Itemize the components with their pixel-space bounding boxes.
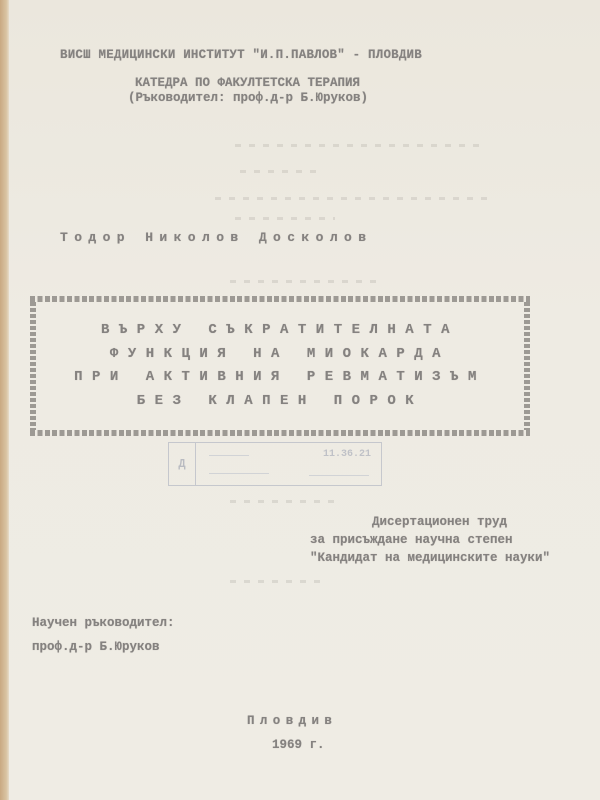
stamp-letter: Д — [169, 443, 196, 485]
frame-border-top — [30, 296, 530, 302]
bleed-through-line — [235, 217, 335, 220]
publication-year: 1969 г. — [272, 738, 325, 752]
title-frame: ВЪРХУ СЪКРАТИТЕЛНАТА ФУНКЦИЯ НА МИОКАРДА… — [30, 296, 530, 436]
bleed-through-line — [230, 280, 380, 283]
stamp-number: 11.36.21 — [323, 449, 371, 460]
supervisor-label: Научен ръководител: — [32, 616, 175, 630]
title-line-2: ФУНКЦИЯ НА МИОКАРДА — [30, 346, 530, 362]
stamp-line — [209, 455, 249, 456]
title-line-4: БЕЗ КЛАПЕН ПОРОК — [30, 393, 530, 409]
place-name: Пловдив — [247, 714, 337, 728]
dissertation-line-3: "Кандидат на медицинските науки" — [310, 551, 550, 565]
title-line-1: ВЪРХУ СЪКРАТИТЕЛНАТА — [30, 322, 530, 338]
stamp-line — [209, 473, 269, 474]
page-edge-strip — [0, 0, 9, 800]
bleed-through-line — [230, 500, 340, 503]
bleed-through-line — [235, 144, 485, 147]
document-page: ВИСШ МЕДИЦИНСКИ ИНСТИТУТ "И.П.ПАВЛОВ" - … — [0, 0, 600, 800]
stamp-line — [309, 475, 369, 476]
bleed-through-line — [215, 197, 495, 200]
frame-border-bottom — [30, 430, 530, 436]
dissertation-line-2: за присъждане научна степен — [310, 533, 513, 547]
supervisor-name: проф.д-р Б.Юруков — [32, 640, 160, 654]
author-name: Тодор Николов Досколов — [60, 230, 372, 245]
title-line-3: ПРИ АКТИВНИЯ РЕВМАТИЗЪМ — [30, 369, 530, 385]
bleed-through-line — [240, 170, 320, 173]
library-stamp: Д 11.36.21 — [168, 442, 382, 486]
department-name: КАТЕДРА ПО ФАКУЛТЕТСКА ТЕРАПИЯ — [135, 76, 360, 90]
dissertation-line-1: Дисертационен труд — [372, 515, 507, 529]
bleed-through-line — [230, 580, 320, 583]
institute-name: ВИСШ МЕДИЦИНСКИ ИНСТИТУТ "И.П.ПАВЛОВ" - … — [60, 48, 422, 62]
department-head: (Ръководител: проф.д-р Б.Юруков) — [128, 91, 368, 105]
